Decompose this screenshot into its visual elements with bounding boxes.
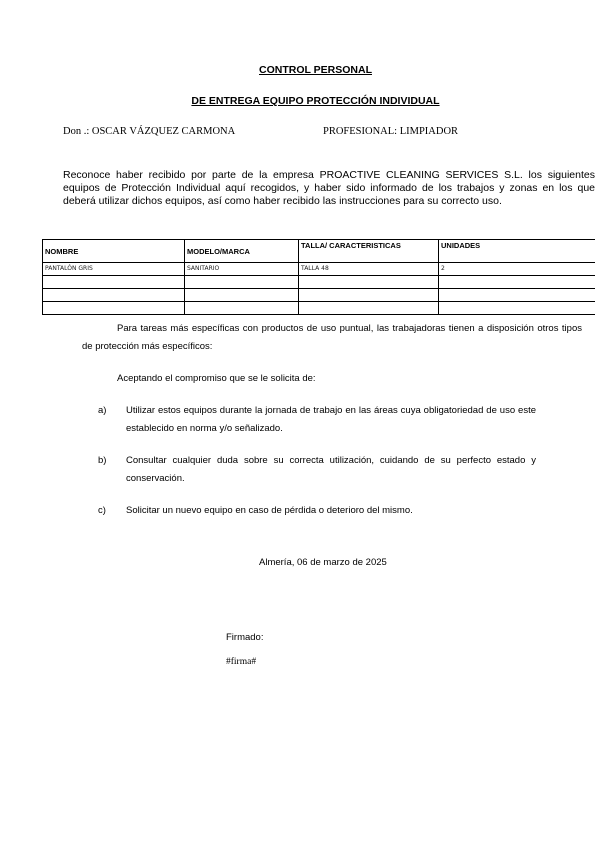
header-talla: TALLA/ CARACTERISTICAS: [299, 240, 439, 263]
cell-talla: [299, 276, 439, 289]
worker-name: Don .: OSCAR VÁZQUEZ CARMONA: [63, 126, 235, 137]
item-letter: b): [98, 452, 106, 470]
item-letter: c): [98, 502, 106, 520]
signed-label: Firmado:: [226, 632, 263, 643]
item-letter: a): [98, 402, 106, 420]
cell-nombre: PANTALÓN GRIS: [43, 263, 185, 276]
cell-talla: [299, 289, 439, 302]
place-date: Almería, 06 de marzo de 2025: [259, 557, 387, 568]
item-text: Utilizar estos equipos durante la jornad…: [126, 402, 536, 438]
commitment-intro: Aceptando el compromiso que se le solici…: [117, 370, 316, 388]
cell-nombre: [43, 302, 185, 315]
cell-modelo: [185, 302, 299, 315]
equipment-table: NOMBRE MODELO/MARCA TALLA/ CARACTERISTIC…: [42, 239, 595, 315]
cell-modelo: [185, 289, 299, 302]
table-row: [43, 289, 595, 302]
cell-talla: TALLA 48: [299, 263, 439, 276]
cell-unidades: [439, 276, 595, 289]
cell-unidades: [439, 289, 595, 302]
header-nombre: NOMBRE: [43, 240, 185, 263]
cell-nombre: [43, 289, 185, 302]
signature-field[interactable]: #firma#: [226, 657, 256, 667]
header-unidades: UNIDADES: [439, 240, 595, 263]
item-text: Consultar cualquier duda sobre su correc…: [126, 452, 536, 488]
table-row: [43, 276, 595, 289]
header-modelo-marca: MODELO/MARCA: [185, 240, 299, 263]
cell-unidades: [439, 302, 595, 315]
cell-modelo: [185, 276, 299, 289]
table-row: PANTALÓN GRIS SANITARIO TALLA 48 2: [43, 263, 595, 276]
item-text: Solicitar un nuevo equipo en caso de pér…: [126, 502, 536, 520]
worker-profession: PROFESIONAL: LIMPIADOR: [323, 126, 458, 137]
cell-nombre: [43, 276, 185, 289]
cell-talla: [299, 302, 439, 315]
table-row: [43, 302, 595, 315]
document-title: CONTROL PERSONAL: [0, 64, 595, 76]
specific-protection-paragraph: Para tareas más específicas con producto…: [82, 320, 582, 356]
document-subtitle: DE ENTREGA EQUIPO PROTECCIÓN INDIVIDUAL: [0, 95, 595, 107]
intro-paragraph: Reconoce haber recibido por parte de la …: [63, 169, 595, 208]
table-header-row: NOMBRE MODELO/MARCA TALLA/ CARACTERISTIC…: [43, 240, 595, 263]
cell-modelo: SANITARIO: [185, 263, 299, 276]
cell-unidades: 2: [439, 263, 595, 276]
